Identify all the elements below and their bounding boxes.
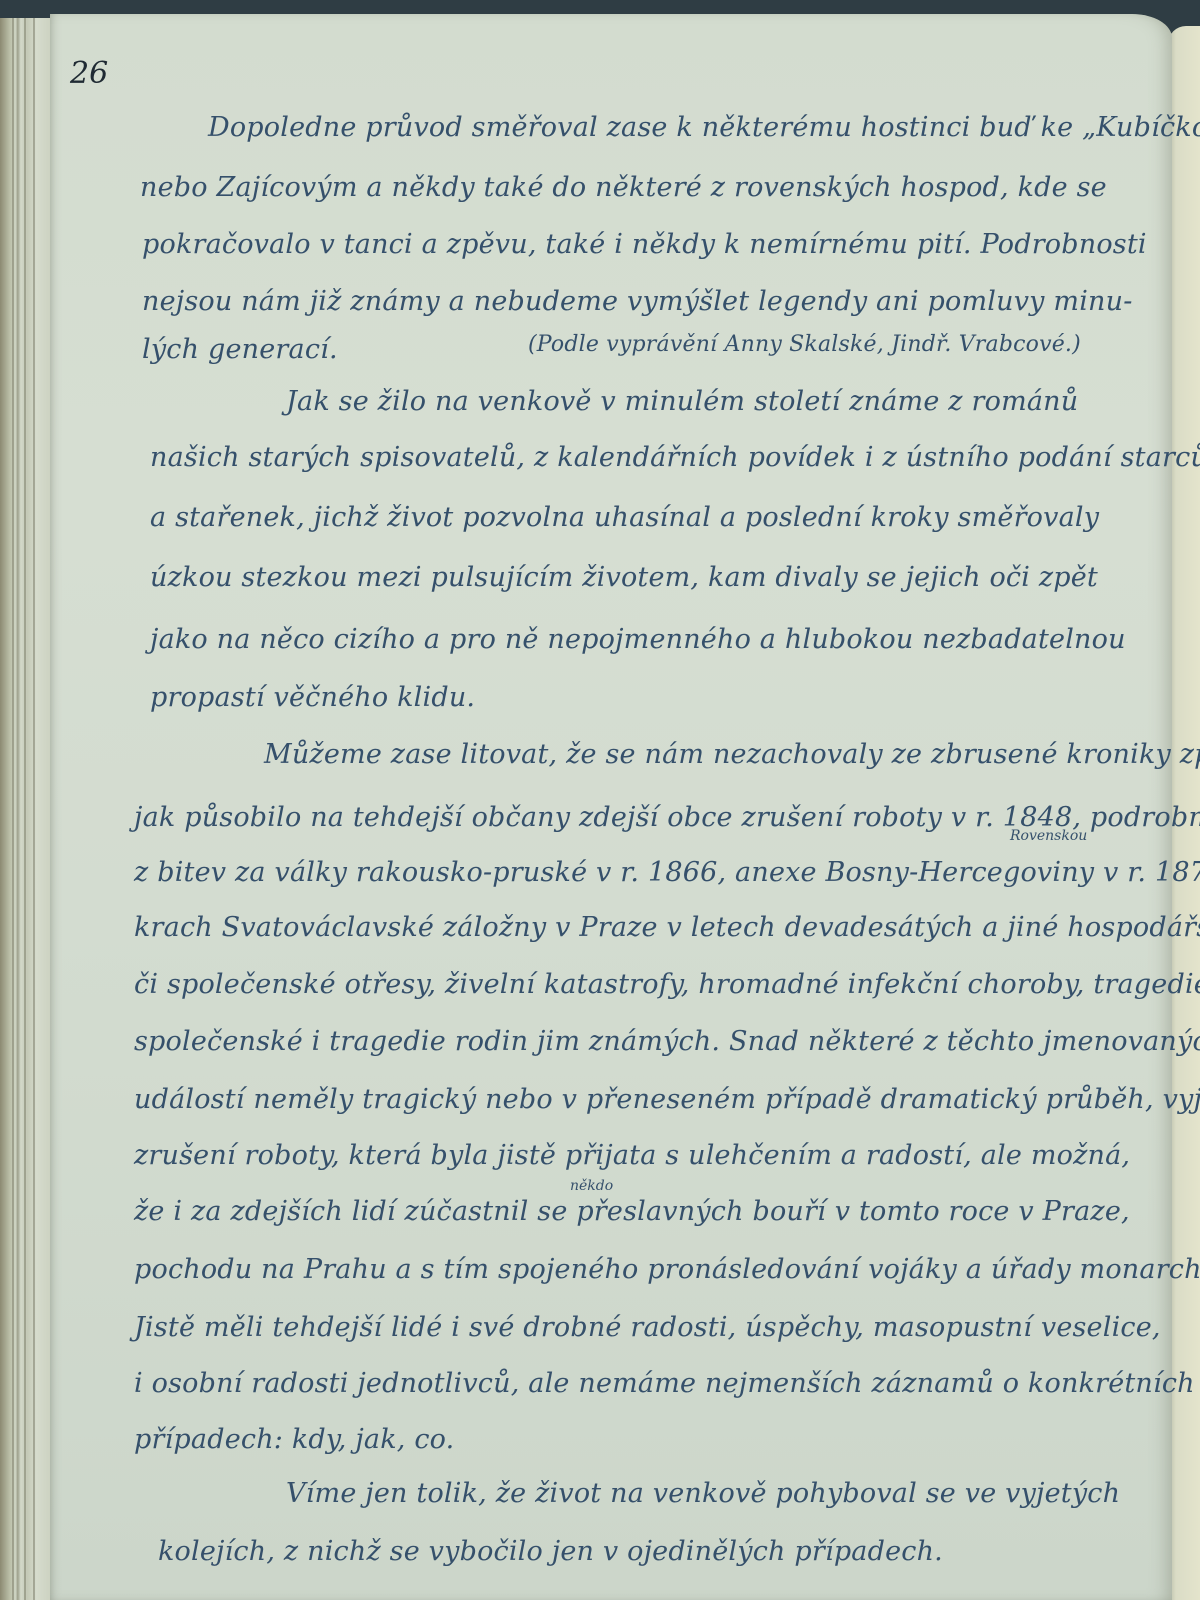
insert-above-line: Rovenskou bbox=[1010, 828, 1087, 844]
text-line: Můžeme zase litovat, že se nám nezachova… bbox=[264, 739, 1200, 770]
text-line: jako na něco cizího a pro ně nepojmennéh… bbox=[150, 624, 1126, 655]
text-line: i osobní radosti jednotlivců, ale nemáme… bbox=[134, 1368, 1195, 1399]
text-line: pokračovalo v tanci a zpěvu, také i někd… bbox=[142, 229, 1147, 260]
insert-above-line: někdo bbox=[570, 1178, 613, 1194]
text-line: případech: kdy, jak, co. bbox=[134, 1424, 454, 1455]
text-line: Jistě měli tehdejší lidé i své drobné ra… bbox=[134, 1312, 1161, 1343]
text-line: z bitev za války rakousko-pruské v r. 18… bbox=[134, 857, 1200, 888]
text-line: událostí neměly tragický nebo v přenesen… bbox=[134, 1084, 1200, 1115]
text-line: či společenské otřesy, živelní katastrof… bbox=[134, 969, 1200, 1000]
text-line: Dopoledne průvod směřoval zase k některé… bbox=[208, 112, 1200, 143]
text-line: kolejích, z nichž se vybočilo jen v ojed… bbox=[158, 1536, 943, 1567]
text-line: nejsou nám již známy a nebudeme vymýšlet… bbox=[142, 286, 1133, 317]
attribution: (Podle vyprávění Anny Skalské, Jindř. Vr… bbox=[528, 332, 1081, 357]
text-line: a stařenek, jichž život pozvolna uhasína… bbox=[150, 502, 1099, 533]
handwritten-text: Dopoledne průvod směřoval zase k některé… bbox=[50, 14, 1172, 1600]
page-edge-line bbox=[24, 18, 26, 1600]
text-line: lých generací. bbox=[142, 334, 338, 365]
page-edge-line bbox=[12, 18, 14, 1600]
text-line: propastí věčného klidu. bbox=[150, 682, 475, 713]
text-line: společenské i tragedie rodin jim známých… bbox=[134, 1026, 1200, 1057]
text-line: úzkou stezkou mezi pulsujícím životem, k… bbox=[150, 562, 1098, 593]
text-line: Jak se žilo na venkově v minulém století… bbox=[286, 386, 1078, 417]
text-line: Víme jen tolik, že život na venkově pohy… bbox=[286, 1478, 1120, 1509]
text-line: pochodu na Prahu a s tím spojeného proná… bbox=[134, 1254, 1200, 1285]
text-line: krach Svatováclavské záložny v Praze v l… bbox=[134, 912, 1200, 943]
text-line: našich starých spisovatelů, z kalendářní… bbox=[150, 442, 1200, 473]
page-edge-line bbox=[33, 18, 35, 1600]
text-line: že i za zdejších lidí zúčastnil se přesl… bbox=[134, 1196, 1130, 1227]
book-spine-edge bbox=[0, 18, 52, 1600]
chronicle-page: 26 Dopoledne průvod směřoval zase k někt… bbox=[50, 14, 1172, 1600]
text-line: nebo Zajícovým a někdy také do některé z… bbox=[140, 172, 1107, 203]
text-line: zrušení roboty, která byla jistě přijata… bbox=[134, 1140, 1130, 1171]
